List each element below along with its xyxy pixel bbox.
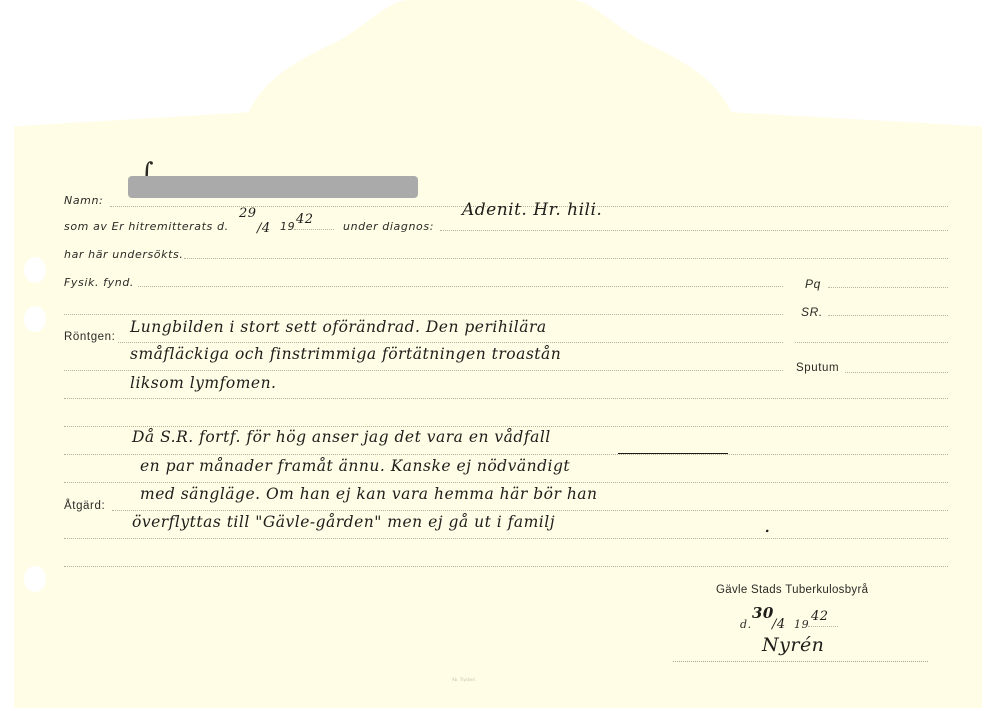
- action-text-line-3: med sängläge. Om han ej kan vara hemma h…: [140, 485, 598, 503]
- xray-line-2: [64, 370, 783, 371]
- signature-year-prefix: 19: [794, 618, 809, 631]
- xray-text-line-3: liksom lymfomen.: [130, 374, 276, 392]
- paper-top-tab: [240, 0, 740, 140]
- spacer-line: [64, 426, 948, 427]
- examined-label: har här undersökts.: [64, 248, 183, 261]
- xray-line-1: [118, 342, 783, 343]
- sr-extra-line: [795, 342, 948, 343]
- action-underline: [618, 453, 728, 454]
- xray-text-line-2: småfläckiga och finstrimmiga förtätninge…: [130, 345, 561, 363]
- signature-name: Nyrén: [762, 634, 824, 656]
- action-line-1: [64, 454, 948, 455]
- name-redaction: [128, 176, 418, 198]
- punch-hole-icon: [24, 306, 46, 332]
- action-line-4: [64, 538, 948, 539]
- action-line-2: [64, 482, 948, 483]
- punch-hole-icon: [24, 566, 46, 592]
- action-label: Åtgärd:: [64, 500, 105, 512]
- signature-month: /4: [772, 617, 786, 632]
- sr-line: [828, 315, 948, 316]
- punch-hole-icon: [24, 257, 46, 283]
- diagnosis-value: Adenit. Hr. hili.: [462, 200, 602, 220]
- printer-mark: Ab. Tryckeri: [452, 677, 475, 682]
- signature-year-line: [808, 626, 838, 627]
- xray-text-line-1: Lungbilden i stort sett oförändrad. Den …: [130, 318, 547, 336]
- sr-label: SR.: [801, 305, 823, 319]
- xray-line-3: [64, 398, 948, 399]
- referral-year-line: [294, 229, 334, 230]
- document-page: Namn: ∫ som av Er hitremitterats d. 29 /…: [0, 0, 1000, 711]
- signature-day: 30: [752, 604, 774, 622]
- examined-line: [184, 258, 948, 259]
- diagnosis-label: under diagnos:: [343, 220, 434, 233]
- referral-year-prefix: 19: [280, 220, 295, 233]
- pq-line: [828, 287, 948, 288]
- action-line-3: [112, 510, 948, 511]
- action-line-5: [64, 566, 948, 567]
- sputum-line: [845, 372, 948, 373]
- physical-findings-label: Fysik. fynd.: [64, 276, 134, 289]
- pq-label: Pq: [805, 277, 821, 291]
- diagnosis-line: [440, 230, 948, 231]
- name-label: Namn:: [64, 194, 103, 207]
- action-trailing-mark: .: [764, 513, 771, 537]
- action-text-line-1: Då S.R. fortf. för hög anser jag det var…: [132, 428, 551, 446]
- blank-line: [64, 314, 783, 315]
- physical-findings-line: [138, 286, 783, 287]
- signature-line: [673, 661, 928, 662]
- signature-year: 42: [811, 609, 829, 624]
- institution-name: Gävle Stads Tuberkulosbyrå: [716, 584, 868, 596]
- action-text-line-2: en par månader framåt ännu. Kanske ej nö…: [140, 457, 570, 475]
- xray-label: Röntgen:: [64, 331, 115, 343]
- sputum-label: Sputum: [796, 362, 839, 374]
- referred-label: som av Er hitremitterats d.: [64, 220, 229, 233]
- referral-year: 42: [296, 212, 314, 227]
- signature-date-prefix: d.: [740, 618, 752, 631]
- action-text-line-4: överflyttas till "Gävle-gården" men ej g…: [132, 513, 555, 531]
- referral-day: 29: [239, 206, 257, 221]
- referral-month: /4: [257, 221, 271, 236]
